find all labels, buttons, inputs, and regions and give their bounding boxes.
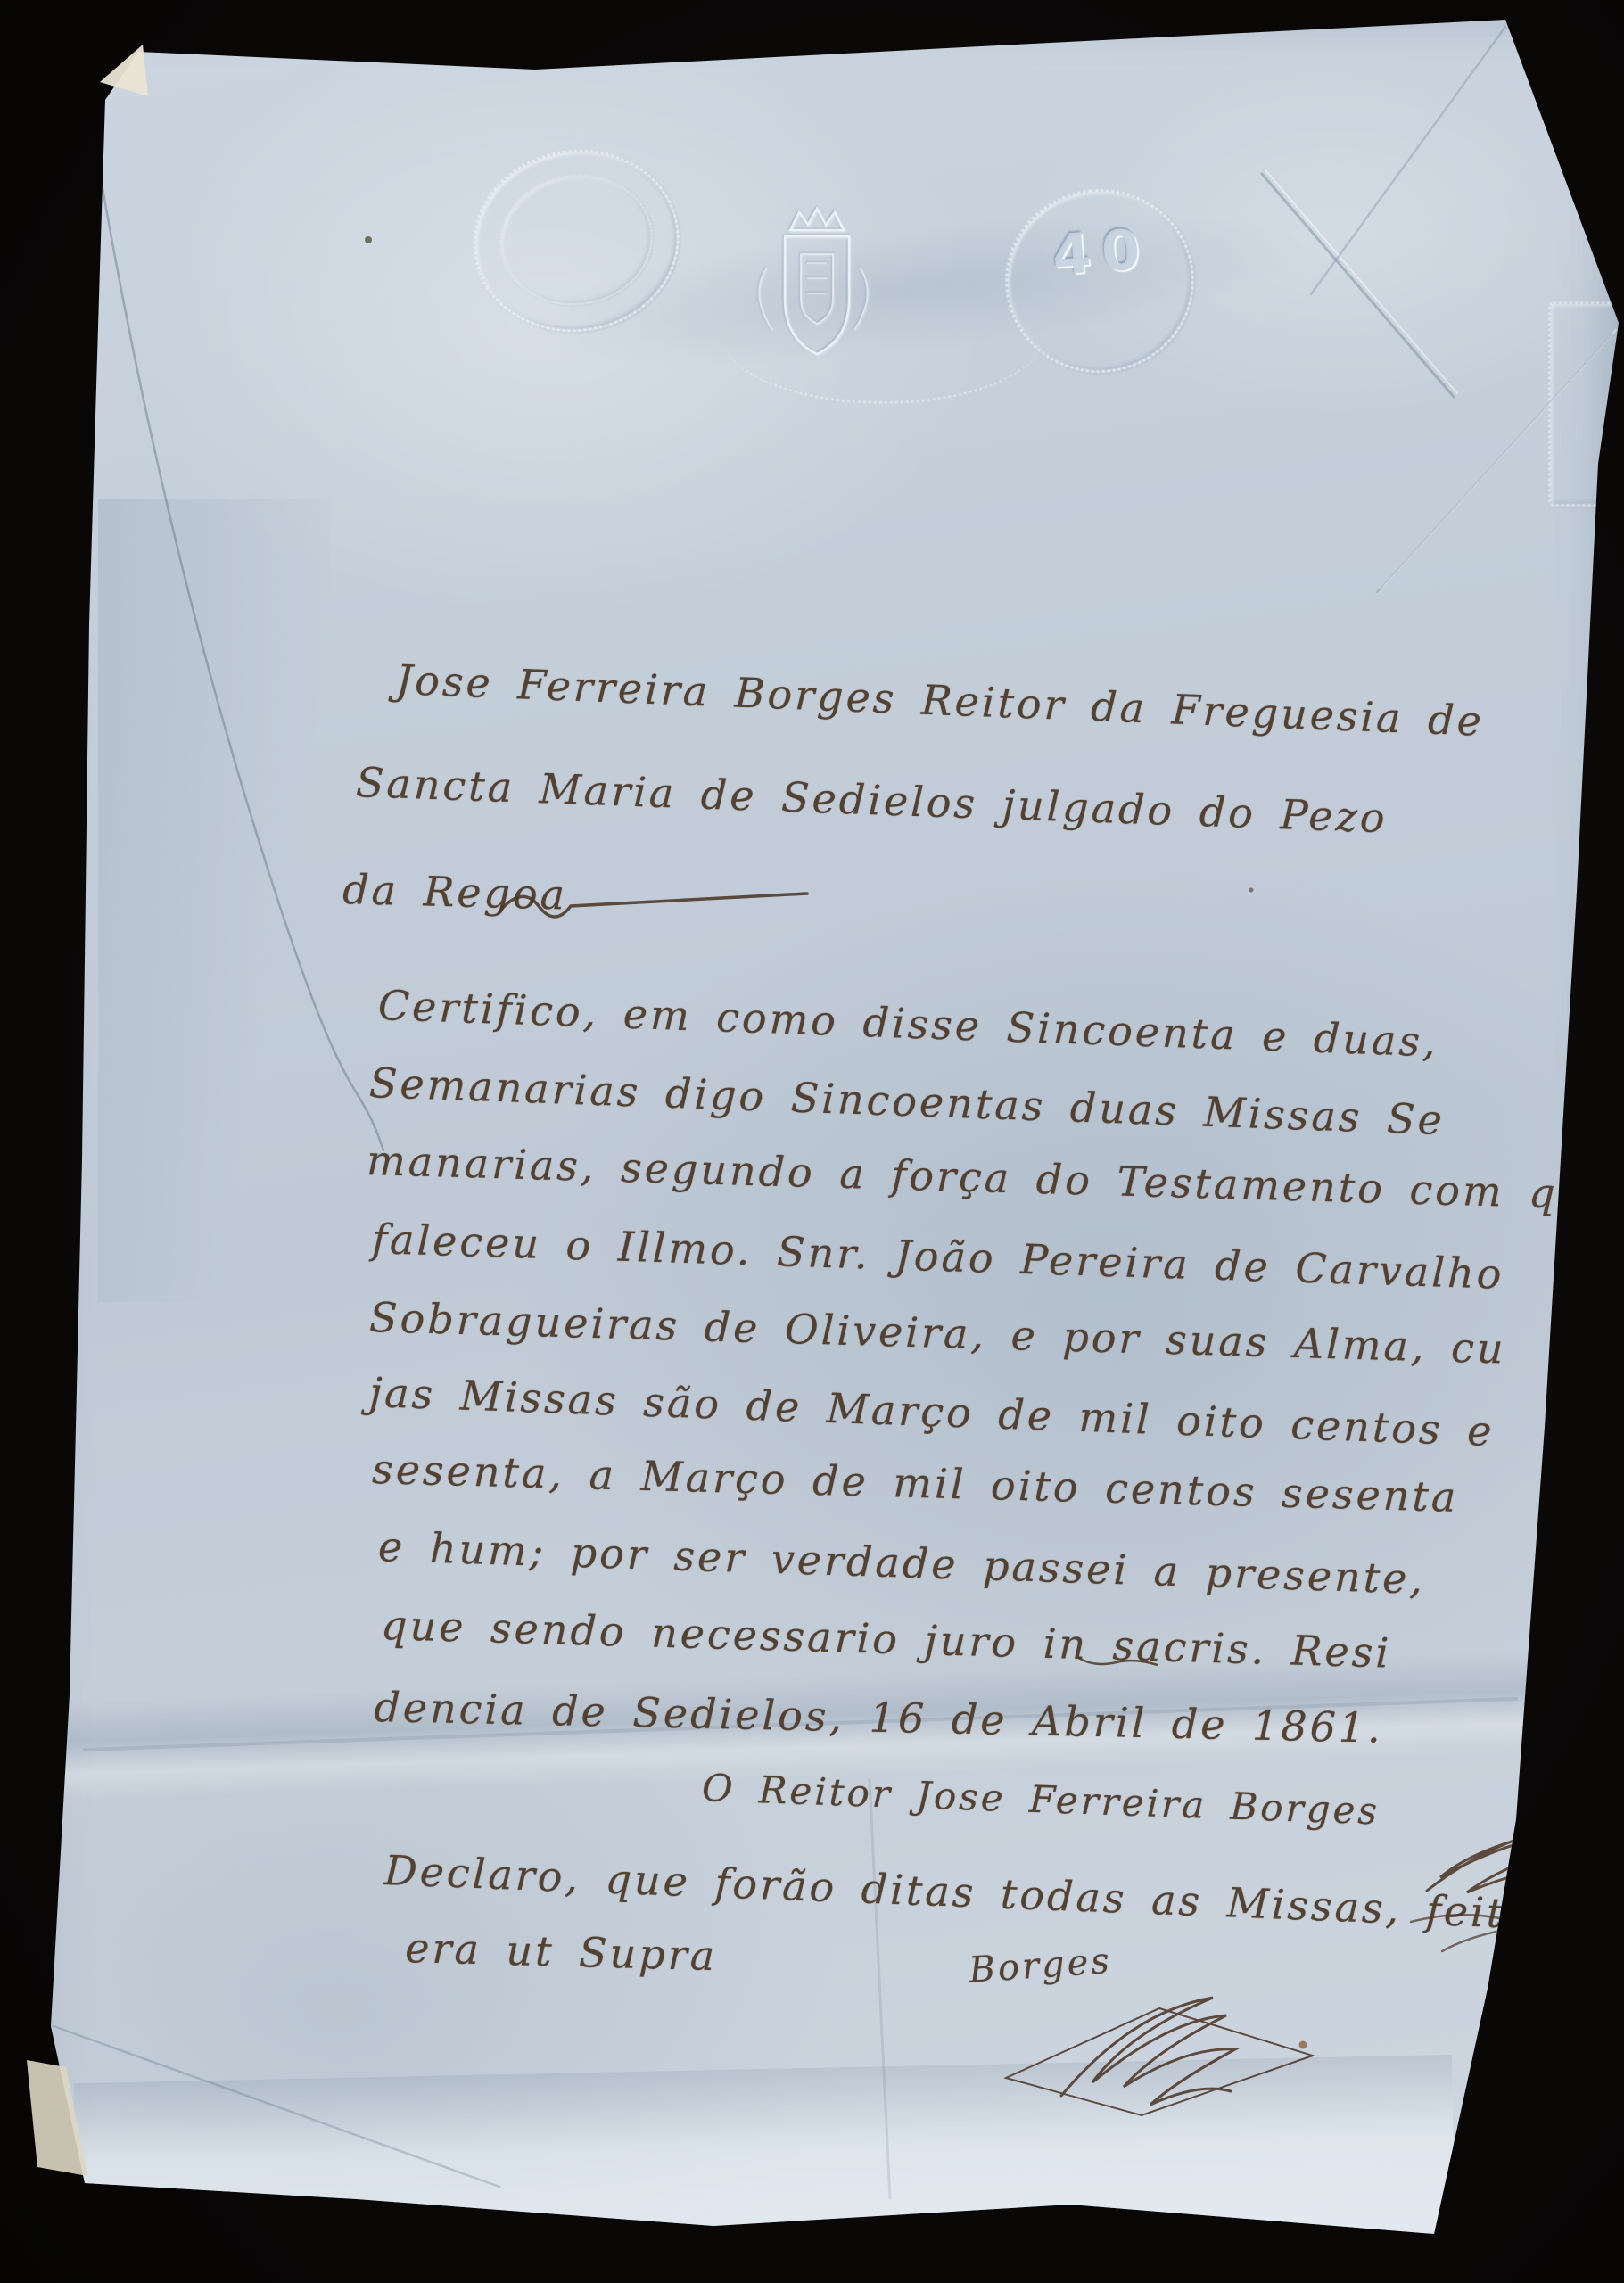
photo-background: { "colors": { "background": "#0b0908", "… bbox=[0, 0, 1624, 2283]
folded-corner-top-left bbox=[100, 45, 148, 96]
folded-corner-bottom-left bbox=[27, 2060, 87, 2176]
folded-corners-overlay bbox=[0, 0, 1624, 2283]
